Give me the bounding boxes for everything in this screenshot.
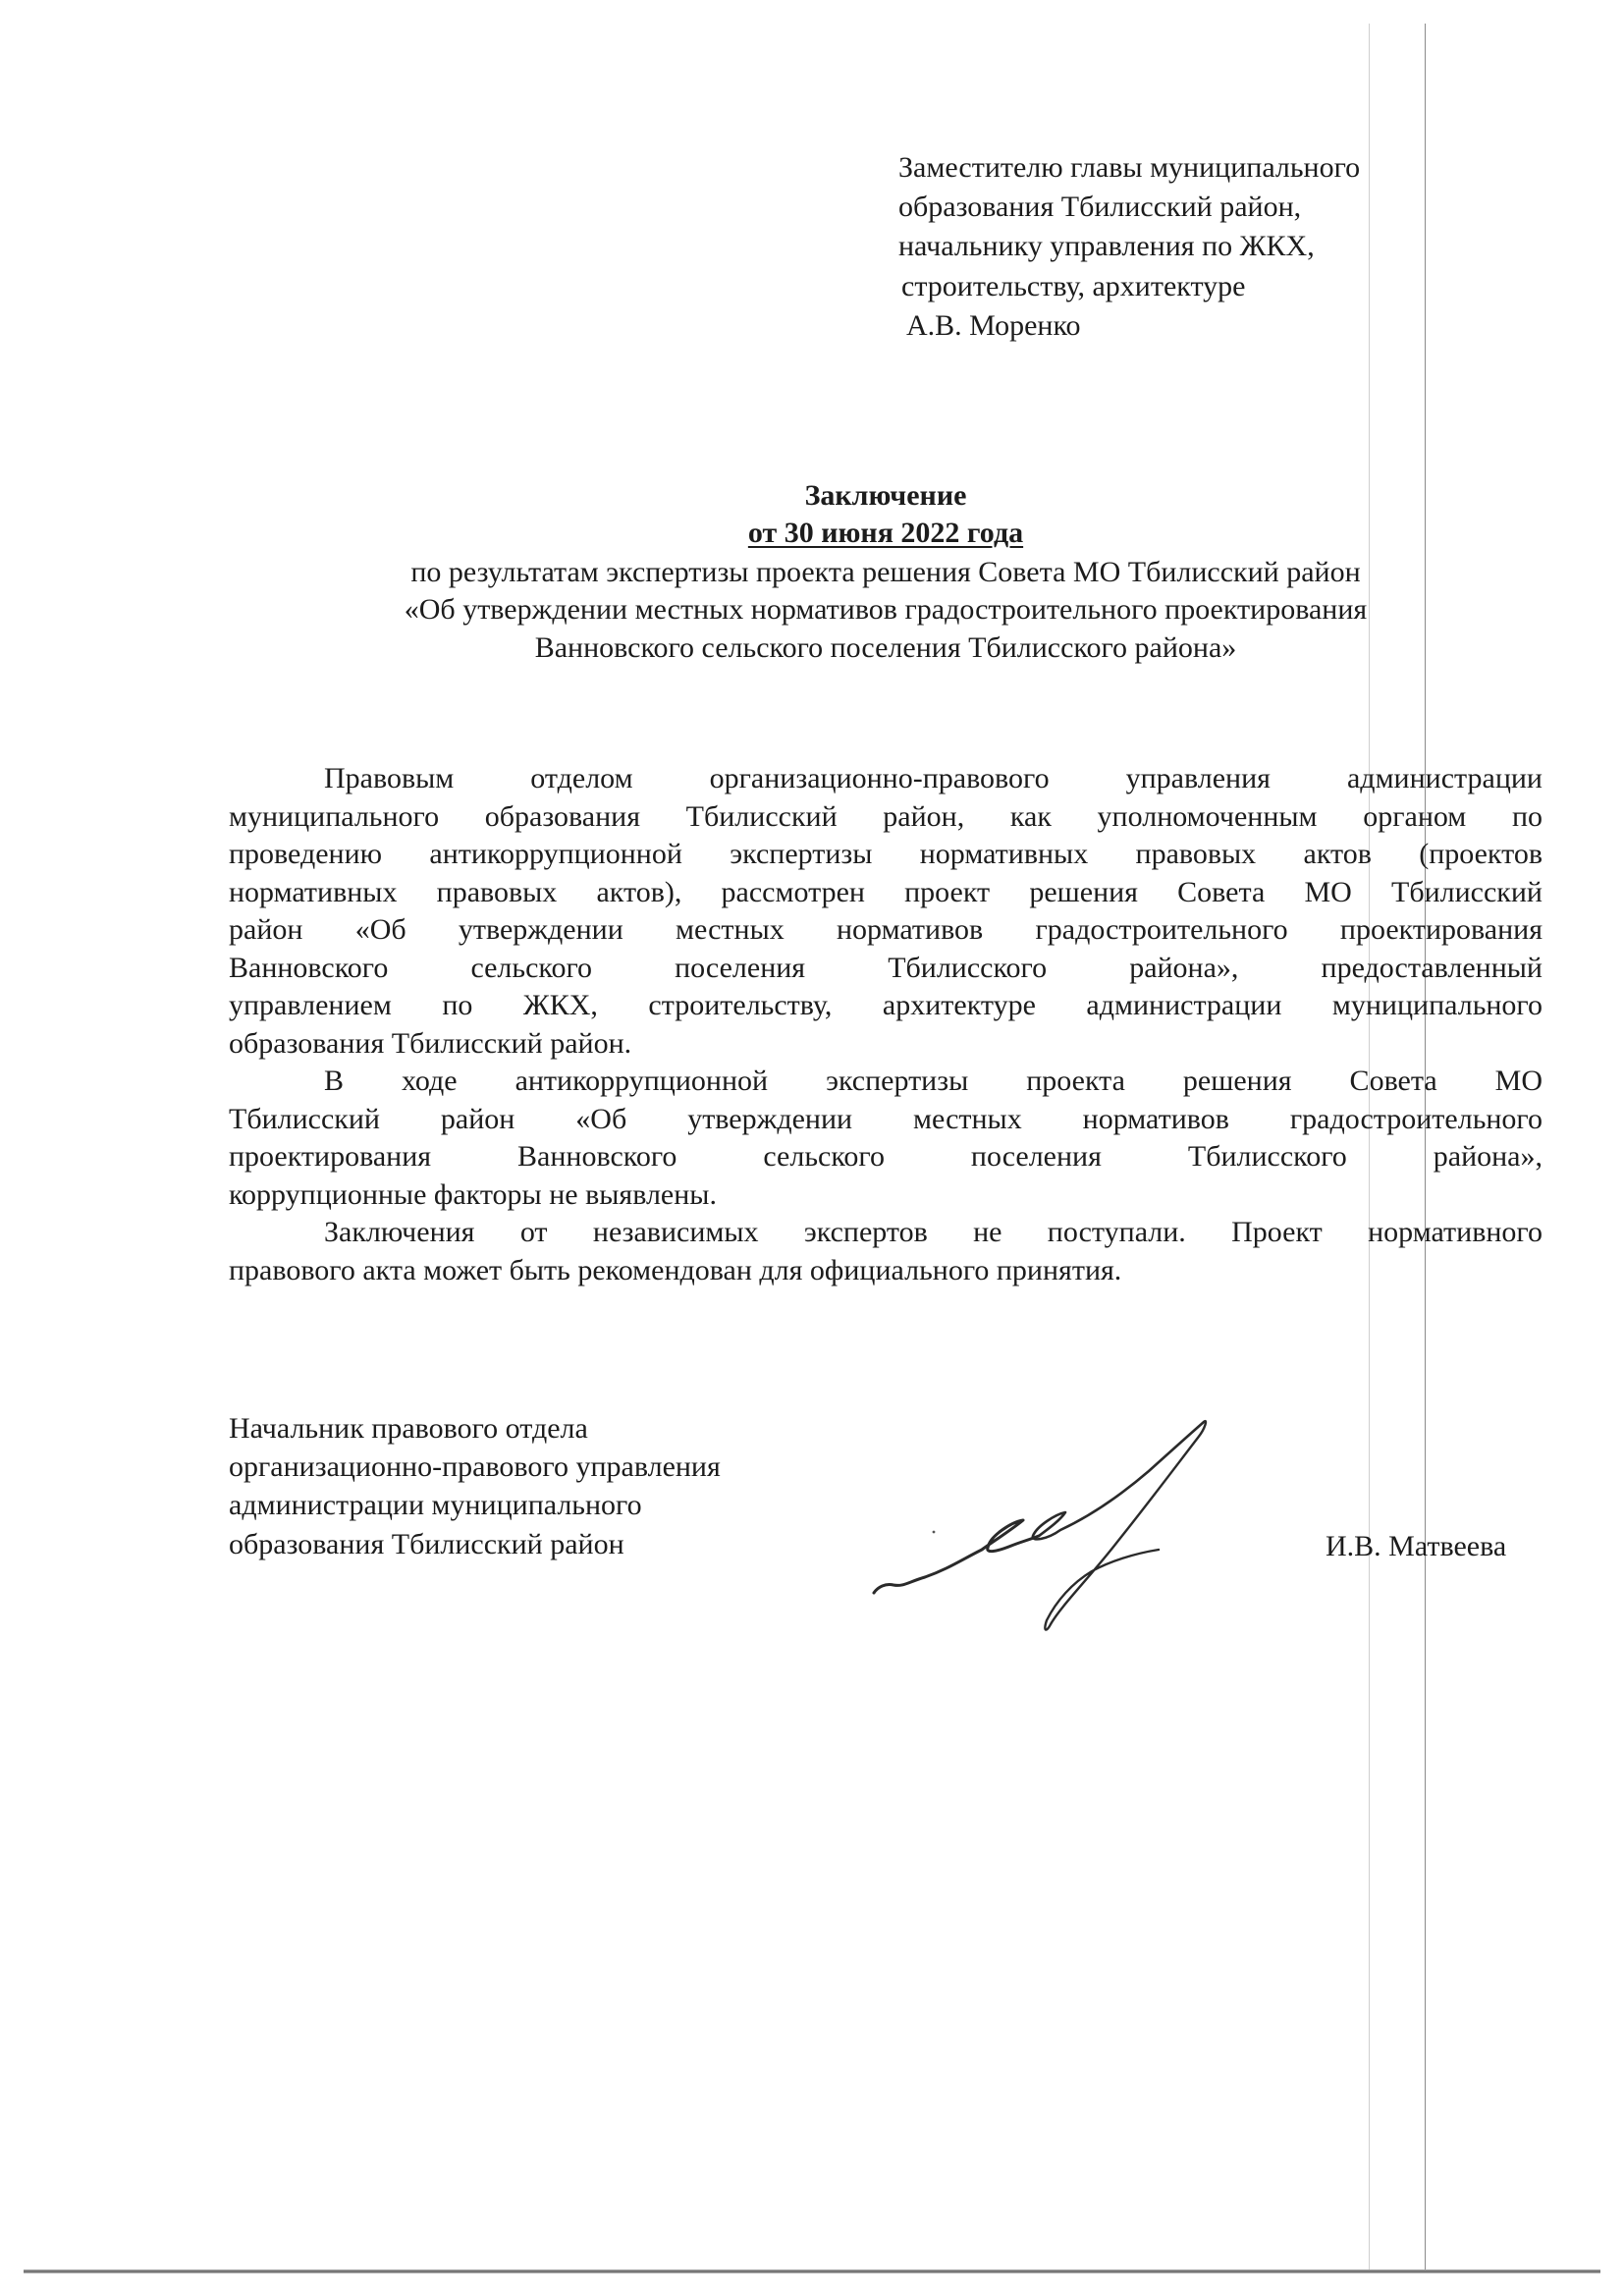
signatory-position-line: Начальник правового отдела (229, 1410, 588, 1448)
addressee-line: Заместителю главы муниципального (898, 149, 1360, 187)
page-bottom-edge (24, 2269, 1600, 2273)
document-subtitle-line: по результатам экспертизы проекта решени… (0, 554, 1624, 591)
body-line: В ходе антикоррупционной экспертизы прое… (324, 1063, 1543, 1100)
body-line: Ванновского сельского поселения Тбилисск… (229, 950, 1543, 987)
body-line: муниципального образования Тбилисский ра… (229, 798, 1543, 836)
body-line: район «Об утверждении местных нормативов… (229, 911, 1543, 949)
addressee-line: строительству, архитектуре (901, 268, 1246, 305)
document-date-text: от 30 июня 2022 года (748, 517, 1023, 549)
signatory-position-line: образования Тбилисский район (229, 1526, 624, 1563)
body-line: проектирования Ванновского сельского пос… (229, 1138, 1543, 1175)
signatory-position-line: организационно-правового управления (229, 1449, 721, 1486)
body-line: нормативных правовых актов), рассмотрен … (229, 874, 1543, 911)
addressee-line: начальнику управления по ЖКХ, (898, 228, 1315, 265)
body-line: Заключения от независимых экспертов не п… (324, 1214, 1543, 1251)
body-line: правового акта может быть рекомендован д… (229, 1252, 1121, 1289)
signatory-position-line: администрации муниципального (229, 1487, 642, 1524)
body-line: проведению антикоррупционной экспертизы … (229, 836, 1543, 873)
body-line: Правовым отделом организационно-правовог… (324, 760, 1543, 797)
addressee-line: образования Тбилисский район, (898, 189, 1301, 226)
body-line: Тбилисский район «Об утверждении местных… (229, 1101, 1543, 1138)
body-line: образования Тбилисский район. (229, 1025, 631, 1063)
body-line: коррупционные факторы не выявлены. (229, 1176, 717, 1214)
document-subtitle-line: «Об утверждении местных нормативов градо… (0, 591, 1624, 629)
handwritten-signature-icon (864, 1414, 1218, 1640)
document-page: Заместителю главы муниципального образов… (0, 0, 1624, 2296)
body-line: управлением по ЖКХ, строительству, архит… (229, 987, 1543, 1024)
addressee-name: А.В. Моренко (906, 307, 1081, 345)
document-title: Заключение (0, 477, 1624, 515)
document-date: от 30 июня 2022 года (0, 515, 1624, 552)
signatory-name: И.В. Матвеева (1326, 1528, 1506, 1565)
document-subtitle-line: Ванновского сельского поселения Тбилисск… (0, 629, 1624, 667)
